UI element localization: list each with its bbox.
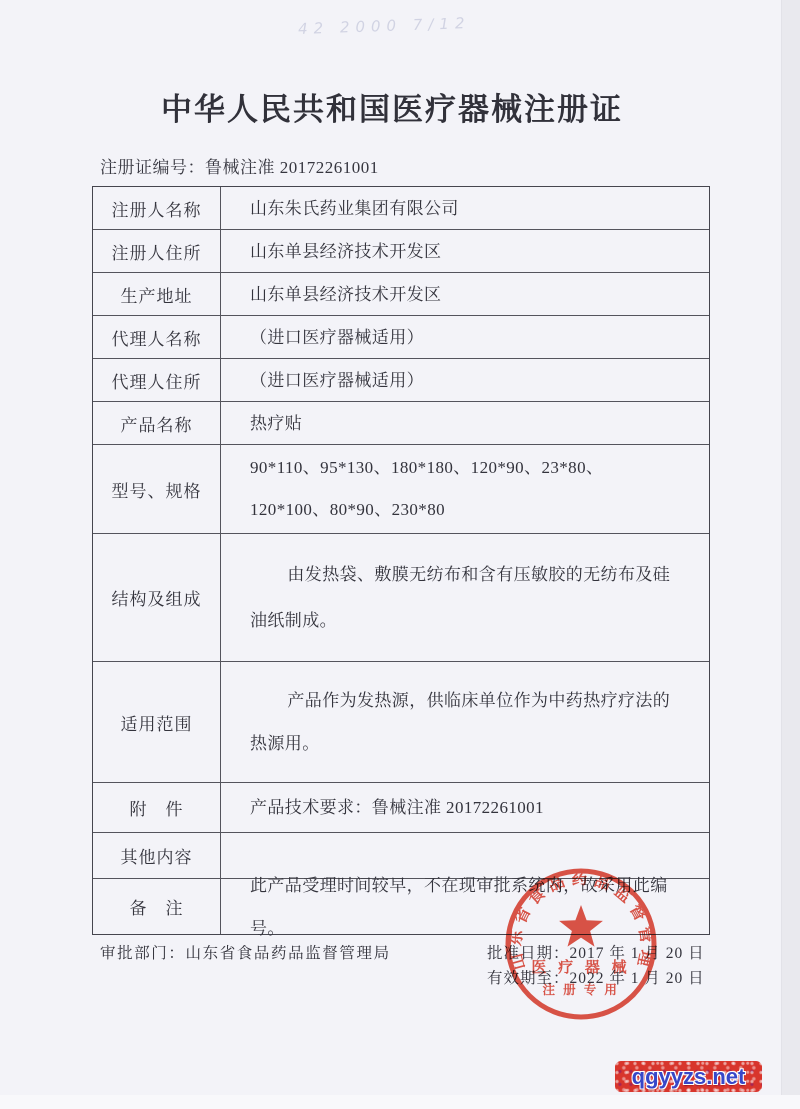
page-title: 中华人民共和国医疗器械注册证 <box>0 84 784 129</box>
row-label: 附 件 <box>93 783 221 832</box>
row-value-text: （进口医疗器械适用） <box>250 316 683 359</box>
row-value-text: 山东朱氏药业集团有限公司 <box>250 187 683 230</box>
row-label: 结构及组成 <box>93 534 221 661</box>
row-value: 山东单县经济技术开发区 <box>221 273 709 315</box>
row-label: 型号、规格 <box>93 445 221 533</box>
row-value-text: 90*110、95*130、180*180、120*90、23*80、120*1… <box>250 447 683 531</box>
row-value: 山东单县经济技术开发区 <box>221 230 709 272</box>
footer-dates: 批准日期：2017 年 1 月 20 日 有效期至：2022 年 1 月 20 … <box>487 941 705 991</box>
row-value: （进口医疗器械适用） <box>221 359 709 401</box>
row-label: 适用范围 <box>93 662 221 782</box>
table-row: 代理人名称（进口医疗器械适用） <box>93 316 709 359</box>
certificate-number: 注册证编号：鲁械注准 20172261001 <box>100 153 379 178</box>
table-row: 备 注此产品受理时间较早，不在现审批系统内，故采用此编号。 <box>93 879 709 934</box>
row-value: 山东朱氏药业集团有限公司 <box>221 187 709 229</box>
row-value: 产品技术要求：鲁械注准 20172261001 <box>221 783 709 832</box>
table-row: 注册人名称山东朱氏药业集团有限公司 <box>93 187 709 230</box>
table-row: 注册人住所山东单县经济技术开发区 <box>93 230 709 273</box>
row-value: 产品作为发热源，供临床单位作为中药热疗疗法的热源用。 <box>221 662 709 782</box>
row-value-text: 山东单县经济技术开发区 <box>250 230 683 273</box>
row-label: 其他内容 <box>93 833 221 878</box>
row-value: 90*110、95*130、180*180、120*90、23*80、120*1… <box>221 445 709 533</box>
approval-department: 审批部门：山东省食品药品监督管理局 <box>100 941 391 963</box>
row-value: 热疗贴 <box>221 402 709 444</box>
table-row: 附 件产品技术要求：鲁械注准 20172261001 <box>93 783 709 833</box>
handwriting-note: 42 2000 7/12 <box>298 12 528 38</box>
table-row: 适用范围产品作为发热源，供临床单位作为中药热疗疗法的热源用。 <box>93 662 709 783</box>
valid-until-date: 有效期至：2022 年 1 月 20 日 <box>487 966 705 991</box>
table-row: 代理人住所（进口医疗器械适用） <box>93 359 709 402</box>
row-value: （进口医疗器械适用） <box>221 316 709 358</box>
row-value-text: 产品技术要求：鲁械注准 20172261001 <box>250 786 683 829</box>
row-value-text: 山东单县经济技术开发区 <box>250 273 683 316</box>
row-value: 由发热袋、敷膜无纺布和含有压敏胶的无纺布及硅油纸制成。 <box>221 534 709 661</box>
row-value: 此产品受理时间较早，不在现审批系统内，故采用此编号。 <box>221 879 709 934</box>
row-value-text: 产品作为发热源，供临床单位作为中药热疗疗法的热源用。 <box>250 679 683 765</box>
row-label: 代理人住所 <box>93 359 221 401</box>
cert-table: 注册人名称山东朱氏药业集团有限公司注册人住所山东单县经济技术开发区生产地址山东单… <box>92 186 710 935</box>
row-value-text: 此产品受理时间较早，不在现审批系统内，故采用此编号。 <box>250 864 683 950</box>
row-label: 生产地址 <box>93 273 221 315</box>
row-label: 注册人名称 <box>93 187 221 229</box>
table-row: 型号、规格90*110、95*130、180*180、120*90、23*80、… <box>93 445 709 534</box>
site-watermark: qgyyzs.net <box>615 1061 762 1092</box>
table-row: 产品名称热疗贴 <box>93 402 709 445</box>
row-value-text: 由发热袋、敷膜无纺布和含有压敏胶的无纺布及硅油纸制成。 <box>250 552 683 644</box>
approval-date: 批准日期：2017 年 1 月 20 日 <box>487 941 705 966</box>
scan-bottom-strip <box>0 1095 800 1109</box>
scan-edge-strip <box>781 0 800 1109</box>
table-row: 生产地址山东单县经济技术开发区 <box>93 273 709 316</box>
row-value-text: （进口医疗器械适用） <box>250 359 683 402</box>
row-label: 产品名称 <box>93 402 221 444</box>
row-label: 注册人住所 <box>93 230 221 272</box>
row-label: 代理人名称 <box>93 316 221 358</box>
table-row: 结构及组成由发热袋、敷膜无纺布和含有压敏胶的无纺布及硅油纸制成。 <box>93 534 709 662</box>
row-label: 备 注 <box>93 879 221 934</box>
row-value-text: 热疗贴 <box>250 402 683 445</box>
